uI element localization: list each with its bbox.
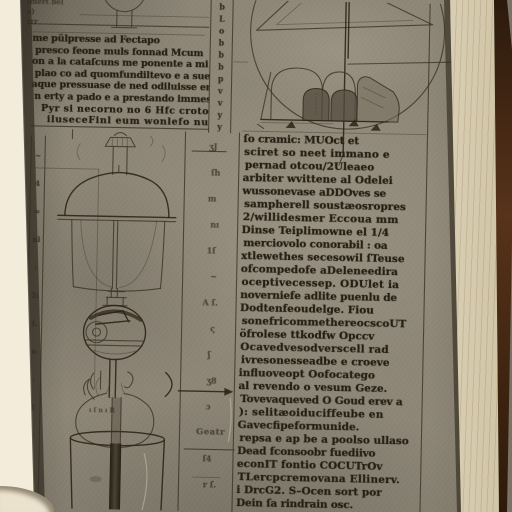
ruler-mark: v. (23, 478, 40, 506)
corner-notes: ſmert bela)rrr (27, 0, 102, 28)
margin-glyph: o (211, 24, 231, 36)
margin-glyph: b (211, 48, 231, 60)
middle-annotation-column: ʒJſhmnı1ſ~A ſ.ςʃʒ8ɔGeatrſ4r ſ. (181, 133, 238, 498)
ruler-mark: o (26, 338, 43, 366)
annotation-glyph: ς (184, 315, 235, 342)
margin-glyph: y (210, 108, 230, 120)
book-photo-scene: ſmert bela)rrr me pülpresse ad Fectapopr… (0, 0, 512, 512)
flask-inscription: ıſnıR (89, 406, 143, 415)
ruler-mark: = (29, 198, 46, 226)
page-content: ſmert bela)rrr me pülpresse ad Fectapopr… (0, 0, 512, 512)
annotation-glyph: ſh (187, 159, 238, 186)
margin-glyph: v (210, 96, 230, 108)
ruler-mark: i. (26, 310, 43, 338)
flask-on-furnace (69, 377, 166, 511)
bell-jar-alembic (56, 131, 177, 298)
ruler-mark: : (25, 366, 42, 394)
margin-glyph: p (211, 72, 231, 84)
ruler-mark: nl (28, 226, 45, 254)
annotation-glyph: ɔ (183, 393, 234, 420)
margin-glyph: b (211, 60, 231, 72)
annotation-glyph: 1ſ (186, 237, 237, 264)
ruler-mark: t (25, 394, 42, 422)
ruler-mark: : (28, 254, 45, 282)
annotation-glyph: ſ4 (182, 445, 233, 472)
annotation-glyph: A ſ. (185, 289, 236, 316)
annotation-glyph: r ſ. (181, 471, 232, 498)
note-line: rrr (27, 17, 101, 28)
margin-glyph: b (211, 36, 231, 48)
text-line: Dein ſa rindrain osc. (236, 497, 418, 512)
ruler-mark: ~ (30, 142, 47, 170)
annotation-glyph: ~ (185, 263, 236, 290)
ruler-mark: 5; (27, 282, 44, 310)
left-text-block: me pülpresse ad Fectapopresco feone muls… (31, 33, 211, 129)
ruler-mark: 4 (29, 170, 46, 198)
ruler-mark: r (24, 422, 41, 450)
manuscript-page: ſmert bela)rrr me pülpresse ad Fectapopr… (0, 0, 512, 512)
annotation-glyph: ʒ8 (183, 367, 234, 394)
margin-glyph: y (210, 120, 230, 132)
annotation-glyph: ʒJ (188, 133, 239, 160)
annotation-glyph: ʃ (184, 341, 235, 368)
margin-glyph: L (212, 12, 232, 24)
margin-glyph: b (212, 0, 232, 12)
right-text-column: ſo cramic: MUOct etsciret so neet immano… (236, 133, 426, 512)
annotation-glyph: m (187, 185, 238, 212)
annotation-glyph: nı (186, 211, 237, 238)
annotation-glyph: Geatr (182, 419, 233, 446)
margin-glyph: v (210, 84, 230, 96)
ruler-mark: 4 (24, 450, 41, 478)
marginal-glyph-column: bLobbbpvvyy (210, 0, 233, 132)
